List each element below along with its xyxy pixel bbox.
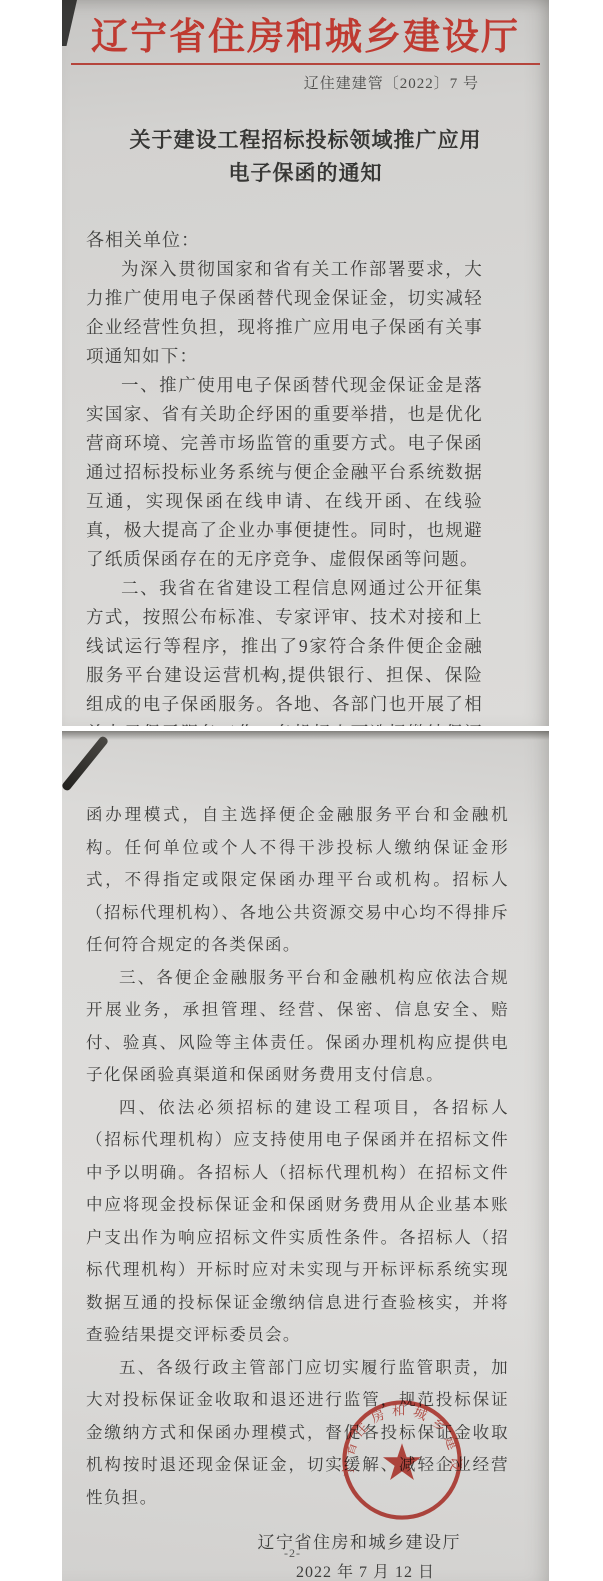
page1-number: -1- bbox=[260, 666, 277, 681]
issue-date: 2022 年 7 月 12 日 bbox=[86, 1558, 461, 1581]
paragraph-item-4: 四、依法必须招标的建设工程项目，各招标人（招标代理机构）应支持使用电子保函并在招… bbox=[86, 1092, 509, 1352]
paragraph-item-2-partial: 二、我省在省建设工程信息网通过公开征集方式，按照公布标准、专家评审、技术对接和上… bbox=[86, 574, 483, 726]
agency-letterhead: 辽宁省住房和城乡建设厅 bbox=[72, 16, 539, 60]
document-title-line1: 关于建设工程招标投标领域推广应用 bbox=[82, 124, 529, 157]
page2-body: 函办理模式，自主选择便企金融服务平台和金融机构。任何单位或个人不得干涉投标人缴纳… bbox=[62, 731, 549, 1581]
document-page-1: 辽宁省住房和城乡建设厅 辽住建建管〔2022〕7 号 关于建设工程招标投标领域推… bbox=[62, 0, 549, 726]
document-title: 关于建设工程招标投标领域推广应用 电子保函的通知 bbox=[82, 124, 529, 190]
official-red-seal-icon: 辽宁省住房和城乡建设厅 bbox=[337, 1395, 467, 1525]
paragraph-item-3: 三、各便企金融服务平台和金融机构应依法合规开展业务，承担管理、经营、保密、信息安… bbox=[86, 962, 509, 1092]
page1-body: 各相关单位： 为深入贯彻国家和省有关工作部署要求，大力推广使用电子保函替代现金保… bbox=[62, 226, 549, 726]
salutation: 各相关单位： bbox=[86, 226, 483, 255]
letterhead-divider bbox=[71, 63, 540, 65]
issuing-agency-signature: 辽宁省住房和城乡建设厅 bbox=[86, 1528, 461, 1558]
signature-block: 辽宁省住房和城乡建设厅 2022 年 7 月 12 日 bbox=[86, 1528, 509, 1581]
document-number: 辽住建建管〔2022〕7 号 bbox=[62, 74, 479, 94]
paragraph-item-2-continued: 函办理模式，自主选择便企金融服务平台和金融机构。任何单位或个人不得干涉投标人缴纳… bbox=[86, 799, 509, 962]
paragraph-intro: 为深入贯彻国家和省有关工作部署要求，大力推广使用电子保函替代现金保证金，切实减轻… bbox=[86, 255, 483, 371]
seal-star-icon bbox=[383, 1443, 421, 1480]
paragraph-item-1: 一、推广使用电子保函替代现金保证金是落实国家、省有关助企纾困的重要举措，也是优化… bbox=[86, 371, 483, 574]
document-page-2: 函办理模式，自主选择便企金融服务平台和金融机构。任何单位或个人不得干涉投标人缴纳… bbox=[62, 731, 549, 1581]
document-title-line2: 电子保函的通知 bbox=[82, 157, 529, 190]
